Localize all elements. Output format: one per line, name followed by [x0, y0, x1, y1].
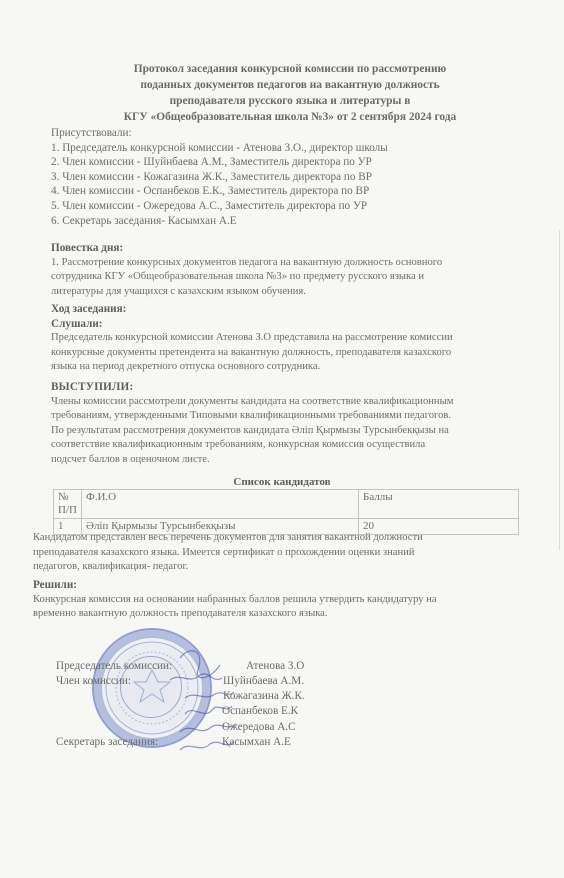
spoke-line: По результатам рассмотрения документов к…: [51, 424, 521, 439]
present-item: 2. Член комиссии - Шуйнбаева А.М., Замес…: [51, 155, 521, 170]
column-header-score: Баллы: [359, 490, 519, 519]
present-section: Присутствовали: 1. Председатель конкурсн…: [51, 126, 521, 228]
present-item: 3. Член комиссии - Кожагазина Ж.К., Заме…: [51, 170, 521, 185]
title-line: преподавателя русского языка и литератур…: [80, 93, 500, 109]
after-table-line: педагогов, квалификация- педагог.: [33, 560, 503, 575]
signature-name-member-4: Ожередова А.С: [222, 721, 296, 733]
scan-artifact: [559, 230, 560, 550]
decision-section: Решили: Конкурсная комиссия на основании…: [33, 578, 503, 622]
column-header-number: № П/П: [54, 490, 82, 519]
listened-line: языка на период декретного отпуска основ…: [51, 360, 521, 375]
spoke-heading: ВЫСТУПИЛИ:: [51, 380, 521, 395]
after-table-section: Кандидатом представлен весь перечень док…: [33, 531, 503, 575]
document-title: Протокол заседания конкурсной комиссии п…: [80, 61, 500, 125]
decision-line: временно вакантную должность преподавате…: [33, 607, 503, 622]
spoke-line: требованиям, утвержденными Типовыми квал…: [51, 409, 521, 424]
agenda-heading: Повестка дня:: [51, 241, 521, 256]
agenda-line: литературы для учащихся с казахским язык…: [51, 285, 521, 300]
signature-name-member-3: Оспанбеков Е.К: [222, 705, 298, 717]
listened-line: Председатель конкурсной комиссии Атенова…: [51, 331, 521, 346]
candidates-table: № П/П Ф.И.О Баллы 1 Әліп Қырмызы Турсынб…: [53, 489, 519, 535]
candidates-heading: Список кандидатов: [0, 476, 564, 488]
title-line: Протокол заседания конкурсной комиссии п…: [80, 61, 500, 77]
spoke-line: подсчет баллов в оценочном листе.: [51, 453, 521, 468]
signature-name-member-1: Шуйнбаева А.М.: [223, 675, 304, 687]
present-item: 4. Член комиссии - Оспанбеков Е.К., Заме…: [51, 184, 521, 199]
after-table-line: Кандидатом представлен весь перечень док…: [33, 531, 503, 546]
agenda-section: Повестка дня: 1. Рассмотрение конкурсных…: [51, 241, 521, 299]
signature-name-chair: Атенова З.О: [246, 660, 304, 672]
agenda-line: 1. Рассмотрение конкурсных документов пе…: [51, 256, 521, 271]
title-line: поданных документов педагогов на вакантн…: [80, 77, 500, 93]
present-heading: Присутствовали:: [51, 126, 521, 141]
spoke-line: Члены комиссии рассмотрели документы кан…: [51, 395, 521, 410]
listened-line: конкурсные документы претендента на вака…: [51, 346, 521, 361]
decision-heading: Решили:: [33, 578, 503, 593]
agenda-line: сотрудника КГУ «Общеобразовательная школ…: [51, 270, 521, 285]
scanned-document: Протокол заседания конкурсной комиссии п…: [0, 0, 564, 878]
signature-name-secretary: Қасымхан А.Е: [222, 736, 291, 748]
column-header-name: Ф.И.О: [82, 490, 359, 519]
present-item: 5. Член комиссии - Ожередова А.С., Замес…: [51, 199, 521, 214]
present-item: 1. Председатель конкурсной комиссии - Ат…: [51, 141, 521, 156]
title-line: КГУ «Общеобразовательная школа №3» от 2 …: [80, 109, 500, 125]
proceedings-heading: Ход заседания:: [51, 302, 521, 317]
signature-role-member: Член комиссии:: [56, 675, 131, 687]
decision-line: Конкурсная комиссия на основании набранн…: [33, 593, 503, 608]
spoke-section: ВЫСТУПИЛИ: Члены комиссии рассмотрели до…: [51, 380, 521, 468]
spoke-line: соответствие квалификационным требования…: [51, 438, 521, 453]
after-table-line: преподавателя казахского языка. Имеется …: [33, 546, 503, 561]
signature-role-chair: Председатель комиссии:: [56, 660, 172, 672]
signature-name-member-2: Кожагазина Ж.К.: [223, 690, 305, 702]
signature-role-secretary: Секретарь заседания:: [56, 736, 158, 748]
table-header-row: № П/П Ф.И.О Баллы: [54, 490, 519, 519]
listened-heading: Слушали:: [51, 317, 521, 332]
proceedings-section: Ход заседания: Слушали: Председатель кон…: [51, 302, 521, 375]
present-item: 6. Секретарь заседания- Касымхан А.Е: [51, 214, 521, 229]
